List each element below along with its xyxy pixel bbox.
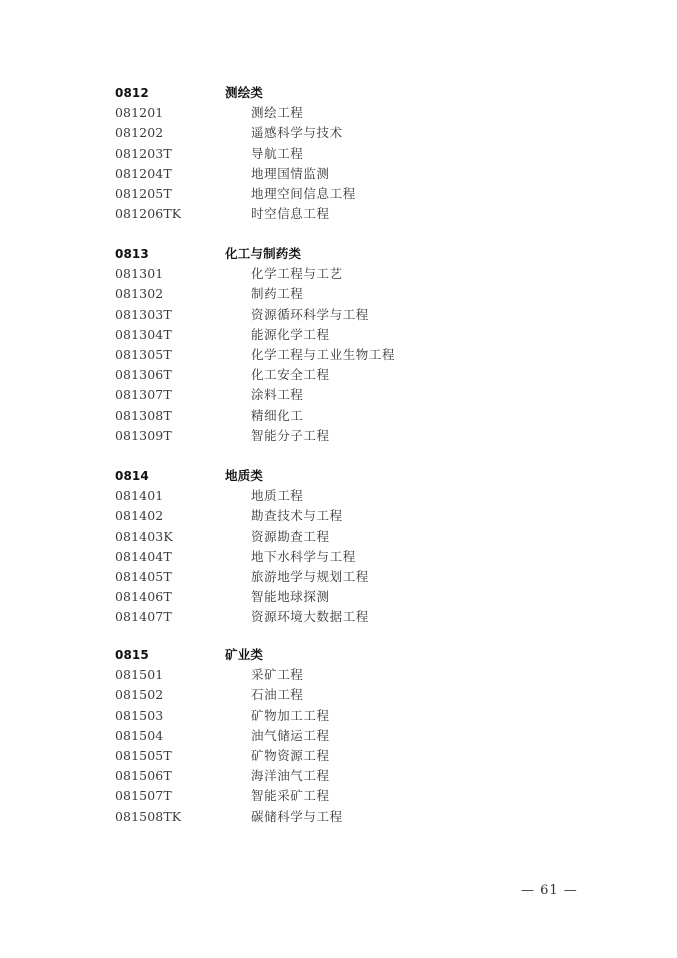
category-group-0815: 0815 矿业类 081501 采矿工程 081502 石油工程 081503 … [0, 645, 677, 847]
major-code: 081402 [115, 506, 163, 526]
major-name: 地质工程 [251, 486, 303, 506]
major-name: 采矿工程 [251, 665, 303, 685]
major-row: 081204T 地理国情监测 [0, 164, 677, 184]
major-code: 081403K [115, 527, 173, 547]
major-code: 081203T [115, 144, 172, 164]
major-name: 资源循环科学与工程 [251, 305, 369, 325]
major-row: 081507T 智能采矿工程 [0, 786, 677, 806]
major-name: 遥感科学与技术 [251, 123, 343, 143]
major-row: 081303T 资源循环科学与工程 [0, 305, 677, 325]
major-row: 081201 测绘工程 [0, 103, 677, 123]
major-name: 碳储科学与工程 [251, 807, 343, 827]
major-name: 智能采矿工程 [251, 786, 330, 806]
page-number: — 61 — [521, 883, 578, 898]
major-code: 081501 [115, 665, 163, 685]
category-name: 地质类 [225, 466, 263, 486]
category-code: 0815 [115, 645, 149, 665]
major-code: 081204T [115, 164, 172, 184]
major-name: 测绘工程 [251, 103, 303, 123]
major-row: 081503 矿物加工工程 [0, 706, 677, 726]
major-code: 081302 [115, 284, 163, 304]
major-name: 精细化工 [251, 406, 303, 426]
major-name: 智能分子工程 [251, 426, 330, 446]
major-code: 081407T [115, 607, 172, 627]
major-row: 081505T 矿物资源工程 [0, 746, 677, 766]
category-name: 化工与制药类 [225, 244, 301, 264]
major-name: 地理国情监测 [251, 164, 330, 184]
major-name: 海洋油气工程 [251, 766, 330, 786]
major-row: 081305T 化学工程与工业生物工程 [0, 345, 677, 365]
category-code: 0812 [115, 83, 149, 103]
major-code: 081205T [115, 184, 172, 204]
major-code: 081502 [115, 685, 163, 705]
category-code: 0814 [115, 466, 149, 486]
major-name: 矿物资源工程 [251, 746, 330, 766]
document-page: 0812 测绘类 081201 测绘工程 081202 遥感科学与技术 0812… [0, 0, 677, 958]
category-name: 测绘类 [225, 83, 263, 103]
major-row: 081403K 资源勘查工程 [0, 527, 677, 547]
major-name: 油气储运工程 [251, 726, 330, 746]
category-group-0813: 0813 化工与制药类 081301 化学工程与工艺 081302 制药工程 0… [0, 244, 677, 446]
major-code: 081405T [115, 567, 172, 587]
category-header: 0812 测绘类 [0, 83, 677, 103]
major-row: 081206TK 时空信息工程 [0, 204, 677, 224]
major-code: 081404T [115, 547, 172, 567]
major-code: 081309T [115, 426, 172, 446]
major-row: 081506T 海洋油气工程 [0, 766, 677, 786]
major-code: 081508TK [115, 807, 181, 827]
major-row: 081508TK 碳储科学与工程 [0, 807, 677, 827]
major-row: 081502 石油工程 [0, 685, 677, 705]
major-row: 081302 制药工程 [0, 284, 677, 304]
major-code: 081507T [115, 786, 172, 806]
major-name: 石油工程 [251, 685, 303, 705]
major-code: 081505T [115, 746, 172, 766]
major-code: 081304T [115, 325, 172, 345]
category-header: 0813 化工与制药类 [0, 244, 677, 264]
major-code: 081506T [115, 766, 172, 786]
major-row: 081504 油气储运工程 [0, 726, 677, 746]
category-name: 矿业类 [225, 645, 263, 665]
category-code: 0813 [115, 244, 149, 264]
major-row: 081402 勘查技术与工程 [0, 506, 677, 526]
major-row: 081202 遥感科学与技术 [0, 123, 677, 143]
major-name: 化学工程与工业生物工程 [251, 345, 395, 365]
major-name: 时空信息工程 [251, 204, 330, 224]
major-code: 081201 [115, 103, 163, 123]
category-header: 0814 地质类 [0, 466, 677, 486]
major-code: 081307T [115, 385, 172, 405]
major-name: 制药工程 [251, 284, 303, 304]
major-row: 081304T 能源化学工程 [0, 325, 677, 345]
major-name: 旅游地学与规划工程 [251, 567, 369, 587]
major-row: 081203T 导航工程 [0, 144, 677, 164]
major-row: 081308T 精细化工 [0, 406, 677, 426]
major-name: 导航工程 [251, 144, 303, 164]
major-row: 081205T 地理空间信息工程 [0, 184, 677, 204]
major-row: 081401 地质工程 [0, 486, 677, 506]
major-row: 081405T 旅游地学与规划工程 [0, 567, 677, 587]
major-row: 081301 化学工程与工艺 [0, 264, 677, 284]
major-code: 081306T [115, 365, 172, 385]
major-code: 081206TK [115, 204, 181, 224]
major-code: 081504 [115, 726, 163, 746]
major-name: 资源环境大数据工程 [251, 607, 369, 627]
category-header: 0815 矿业类 [0, 645, 677, 665]
major-name: 地理空间信息工程 [251, 184, 356, 204]
major-row: 081407T 资源环境大数据工程 [0, 607, 677, 627]
major-name: 化学工程与工艺 [251, 264, 343, 284]
major-row [0, 827, 677, 847]
major-code: 081301 [115, 264, 163, 284]
major-code: 081503 [115, 706, 163, 726]
category-group-0814: 0814 地质类 081401 地质工程 081402 勘查技术与工程 0814… [0, 466, 677, 628]
major-code: 081401 [115, 486, 163, 506]
major-name: 地下水科学与工程 [251, 547, 356, 567]
major-row: 081404T 地下水科学与工程 [0, 547, 677, 567]
major-code: 081303T [115, 305, 172, 325]
major-code: 081305T [115, 345, 172, 365]
major-row: 081501 采矿工程 [0, 665, 677, 685]
major-code: 081406T [115, 587, 172, 607]
major-name: 矿物加工工程 [251, 706, 330, 726]
major-name: 资源勘查工程 [251, 527, 330, 547]
major-name: 涂料工程 [251, 385, 303, 405]
major-row: 081306T 化工安全工程 [0, 365, 677, 385]
major-name: 智能地球探测 [251, 587, 330, 607]
major-row: 081307T 涂料工程 [0, 385, 677, 405]
category-group-0812: 0812 测绘类 081201 测绘工程 081202 遥感科学与技术 0812… [0, 83, 677, 224]
major-name: 化工安全工程 [251, 365, 330, 385]
major-code: 081308T [115, 406, 172, 426]
major-name: 勘查技术与工程 [251, 506, 343, 526]
major-code: 081202 [115, 123, 163, 143]
major-row: 081309T 智能分子工程 [0, 426, 677, 446]
major-row: 081406T 智能地球探测 [0, 587, 677, 607]
major-name: 能源化学工程 [251, 325, 330, 345]
